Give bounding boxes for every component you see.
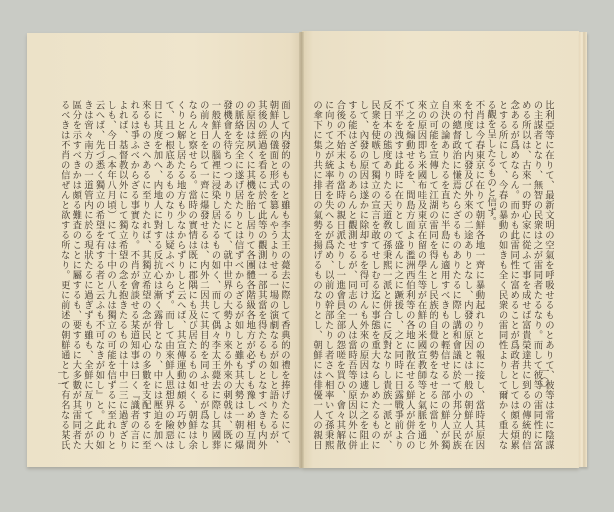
right-page-text: 比利亞等に在りて、最新文明の空氣を呼吸せるものとありて、彼等は常に陰謀の主謀者と… bbox=[312, 100, 554, 450]
left-paragraph: 面して内發的のものと雖も李太王の薨去に際して香典的の禮を捧げたるにて、朝鮮人の儀… bbox=[62, 100, 290, 450]
left-page-number: 一一 bbox=[53, 368, 68, 390]
page-stack-edge bbox=[579, 32, 587, 467]
book-gutter bbox=[299, 32, 304, 468]
open-book: 面して内發的のものと雖も李太王の薨去に際して香典的の禮を捧げたるにて、朝鮮人の儀… bbox=[0, 0, 614, 512]
right-page-number: 一〇 bbox=[535, 366, 550, 388]
right-paragraph-1: 比利亞等に在りて、最新文明の空氣を呼吸せるものとありて、彼等は常に陰謀の主謀者と… bbox=[484, 100, 554, 450]
right-paragraph-2: 不肖は今春東京に在りて朝鮮各地一齊に暴動起れりとの報に接し、當時其原因を忖度して… bbox=[312, 100, 484, 450]
left-page-text: 面して内發的のものと雖も李太王の薨去に際して香典的の禮を捧げたるにて、朝鮮人の儀… bbox=[62, 100, 290, 450]
